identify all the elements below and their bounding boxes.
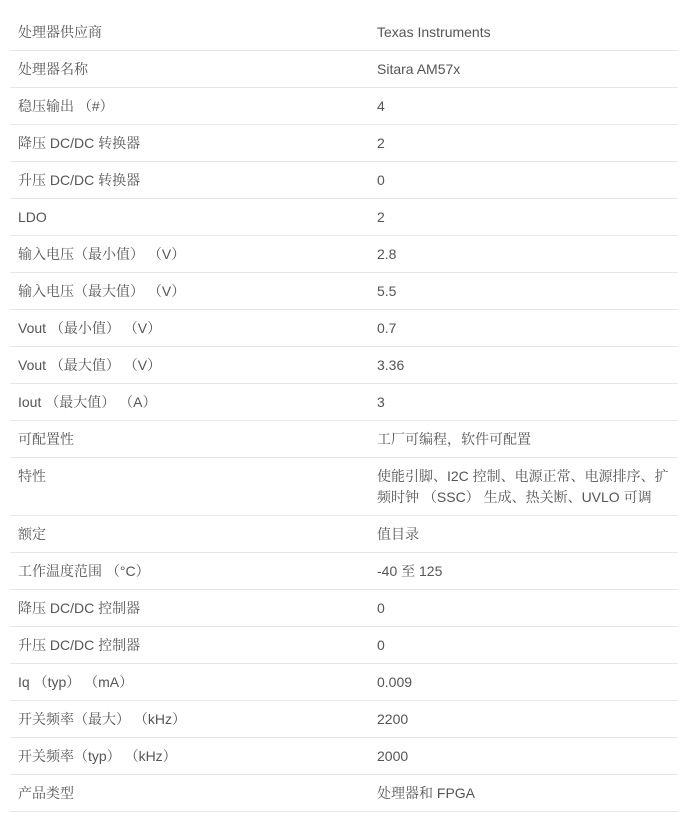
spec-value: 2.8 <box>377 244 678 265</box>
spec-label: 输入电压（最小值） （V） <box>10 244 377 265</box>
spec-label: Iout （最大值） （A） <box>10 392 377 413</box>
spec-label: 额定 <box>10 524 377 545</box>
table-row: 升压 DC/DC 控制器 0 <box>10 627 678 664</box>
spec-value: -40 至 125 <box>377 561 678 582</box>
spec-value: 2000 <box>377 746 678 767</box>
table-row: 工作温度范围 （°C） -40 至 125 <box>10 553 678 590</box>
table-row: 处理器供应商 Texas Instruments <box>10 14 678 51</box>
spec-label: 输入电压（最大值） （V） <box>10 281 377 302</box>
table-row: 降压 DC/DC 转换器 2 <box>10 125 678 162</box>
spec-value: 0.7 <box>377 318 678 339</box>
spec-label: 开关频率（typ） （kHz） <box>10 746 377 767</box>
spec-value: 0 <box>377 170 678 191</box>
spec-value: Sitara AM57x <box>377 59 678 80</box>
table-row: 稳压输出 （#） 4 <box>10 88 678 125</box>
spec-label: 降压 DC/DC 转换器 <box>10 133 377 154</box>
table-row: 额定 值目录 <box>10 516 678 553</box>
spec-value: 0.009 <box>377 672 678 693</box>
spec-label: 处理器名称 <box>10 59 377 80</box>
spec-label: 工作温度范围 （°C） <box>10 561 377 582</box>
table-row: 可配置性 工厂可编程，软件可配置 <box>10 421 678 458</box>
spec-label: 产品类型 <box>10 783 377 804</box>
spec-label: 处理器供应商 <box>10 22 377 43</box>
spec-value: 使能引脚、I2C 控制、电源正常、电源排序、扩频时钟 （SSC） 生成、热关断、… <box>377 466 678 508</box>
table-row: Iq （typ） （mA） 0.009 <box>10 664 678 701</box>
spec-label: Vout （最大值） （V） <box>10 355 377 376</box>
table-row: 产品类型 处理器和 FPGA <box>10 775 678 812</box>
spec-value: 5.5 <box>377 281 678 302</box>
spec-value: 2200 <box>377 709 678 730</box>
table-row: 输入电压（最大值） （V） 5.5 <box>10 273 678 310</box>
spec-label: 稳压输出 （#） <box>10 96 377 117</box>
spec-label: 升压 DC/DC 控制器 <box>10 635 377 656</box>
spec-value: 值目录 <box>377 524 678 545</box>
spec-value: 2 <box>377 133 678 154</box>
spec-label: 升压 DC/DC 转换器 <box>10 170 377 191</box>
table-row: LDO 2 <box>10 199 678 236</box>
spec-label: 开关频率（最大） （kHz） <box>10 709 377 730</box>
spec-table: 处理器供应商 Texas Instruments 处理器名称 Sitara AM… <box>10 14 678 812</box>
spec-label: 特性 <box>10 466 377 487</box>
spec-value: 0 <box>377 635 678 656</box>
spec-value: 工厂可编程，软件可配置 <box>377 429 678 450</box>
table-row: Vout （最大值） （V） 3.36 <box>10 347 678 384</box>
spec-label: LDO <box>10 207 377 228</box>
spec-label: Iq （typ） （mA） <box>10 672 377 693</box>
table-row: 降压 DC/DC 控制器 0 <box>10 590 678 627</box>
table-row: 处理器名称 Sitara AM57x <box>10 51 678 88</box>
spec-label: Vout （最小值） （V） <box>10 318 377 339</box>
spec-value: 4 <box>377 96 678 117</box>
spec-label: 可配置性 <box>10 429 377 450</box>
table-row: 输入电压（最小值） （V） 2.8 <box>10 236 678 273</box>
table-row: 升压 DC/DC 转换器 0 <box>10 162 678 199</box>
spec-label: 降压 DC/DC 控制器 <box>10 598 377 619</box>
spec-value: 0 <box>377 598 678 619</box>
spec-value: Texas Instruments <box>377 22 678 43</box>
table-row: 特性 使能引脚、I2C 控制、电源正常、电源排序、扩频时钟 （SSC） 生成、热… <box>10 458 678 516</box>
table-row: 开关频率（最大） （kHz） 2200 <box>10 701 678 738</box>
table-row: Iout （最大值） （A） 3 <box>10 384 678 421</box>
table-row: Vout （最小值） （V） 0.7 <box>10 310 678 347</box>
spec-value: 3 <box>377 392 678 413</box>
spec-value: 2 <box>377 207 678 228</box>
table-row: 开关频率（typ） （kHz） 2000 <box>10 738 678 775</box>
spec-value: 处理器和 FPGA <box>377 783 678 804</box>
spec-value: 3.36 <box>377 355 678 376</box>
